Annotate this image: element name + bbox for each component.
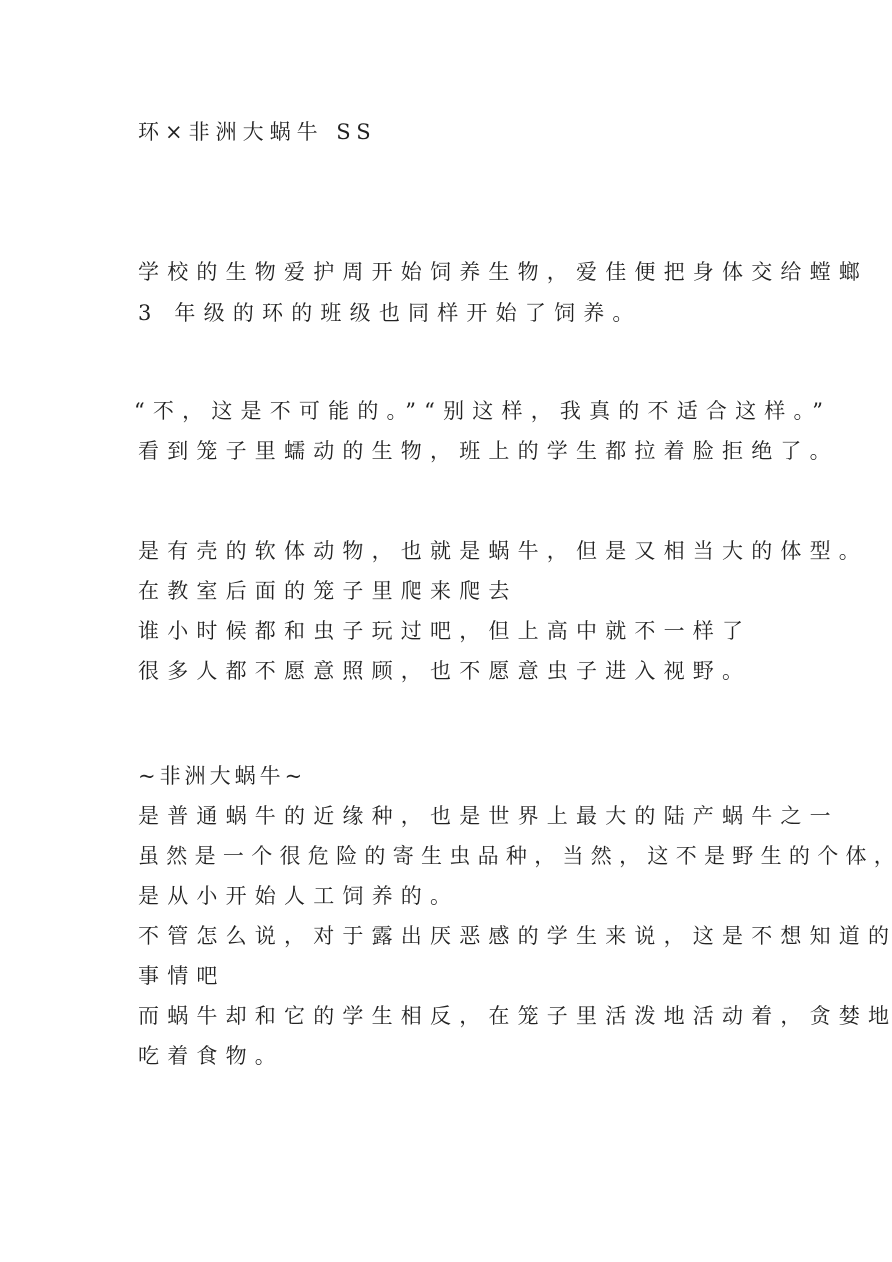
text-line: “不，这是不可能的。”“别这样，我真的不适合这样。” — [134, 397, 831, 425]
text-line: 3 年级的环的班级也同样开始了饲养。 — [138, 299, 642, 327]
document-title: 环×非洲大蜗牛 SS — [138, 118, 377, 146]
text-line: 虽然是一个很危险的寄生虫品种，当然，这不是野生的个体， — [138, 842, 892, 870]
text-line: 很多人都不愿意照顾，也不愿意虫子进入视野。 — [138, 657, 751, 685]
text-line: 谁小时候都和虫子玩过吧，但上高中就不一样了 — [138, 617, 751, 645]
text-line: 在教室后面的笼子里爬来爬去 — [138, 577, 518, 605]
text-line: 是从小开始人工饲养的。 — [138, 882, 459, 910]
text-line: 是有壳的软体动物，也就是蜗牛，但是又相当大的体型。 — [138, 537, 868, 565]
text-line: 学校的生物爱护周开始饲养生物，爱佳便把身体交给螳螂 — [138, 258, 868, 286]
text-line: 而蜗牛却和它的学生相反，在笼子里活泼地活动着，贪婪地 — [138, 1002, 892, 1030]
text-line: 是普通蜗牛的近缘种，也是世界上最大的陆产蜗牛之一 — [138, 802, 839, 830]
text-line: 事情吧 — [138, 962, 226, 990]
text-line: 吃着食物。 — [138, 1042, 284, 1070]
text-line: 看到笼子里蠕动的生物，班上的学生都拉着脸拒绝了。 — [138, 437, 839, 465]
section-heading: ~非洲大蜗牛~ — [138, 762, 306, 790]
text-line: 不管怎么说，对于露出厌恶感的学生来说，这是不想知道的 — [138, 922, 892, 950]
